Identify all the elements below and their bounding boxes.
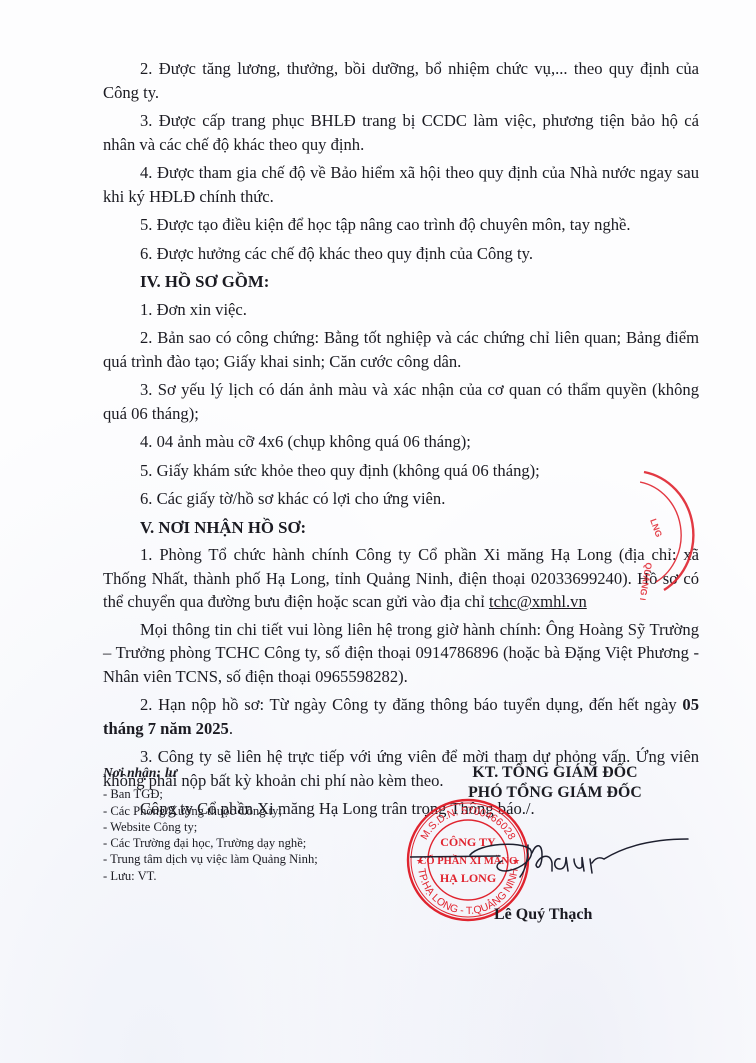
document-item: 1. Đơn xin việc.: [103, 298, 699, 322]
document-body: 2. Được tăng lương, thưởng, bồi dưỡng, b…: [103, 57, 699, 826]
handwritten-initial: lư: [165, 766, 177, 782]
submission-address: 1. Phòng Tổ chức hành chính Công ty Cổ p…: [103, 543, 699, 614]
signer-name: Lê Quý Thạch: [494, 906, 592, 924]
recipients-title: Nơi nhận:lư: [103, 765, 318, 782]
deadline-text: 2. Hạn nộp hồ sơ: Từ ngày Công ty đăng t…: [140, 695, 682, 714]
benefit-item: 2. Được tăng lương, thưởng, bồi dưỡng, b…: [103, 57, 699, 104]
benefit-item: 3. Được cấp trang phục BHLĐ trang bị CCD…: [103, 109, 699, 156]
section-heading-submission: V. NƠI NHẬN HỒ SƠ:: [103, 516, 699, 540]
email-link[interactable]: tchc@xmhl.vn: [489, 592, 587, 611]
recipient-item: - Website Công ty;: [103, 819, 318, 835]
benefit-item: 4. Được tham gia chế độ về Bảo hiểm xã h…: [103, 161, 699, 208]
recipient-item: - Trung tâm dịch vụ việc làm Quảng Ninh;: [103, 851, 318, 867]
submission-address-text: 1. Phòng Tổ chức hành chính Công ty Cổ p…: [103, 545, 699, 611]
handwritten-signature-icon: [410, 835, 690, 885]
recipients-title-text: Nơi nhận:: [103, 765, 161, 780]
svg-text:QUẢNG N: QUẢNG N: [640, 562, 655, 600]
document-item: 2. Bản sao có công chứng: Bằng tốt nghiệ…: [103, 326, 699, 373]
document-item: 5. Giấy khám sức khỏe theo quy định (khô…: [103, 459, 699, 483]
benefit-item: 5. Được tạo điều kiện để học tập nâng ca…: [103, 213, 699, 237]
recipient-item: - Các Phòng/Xưởng thuộc Công ty;: [103, 803, 318, 819]
document-item: 4. 04 ảnh màu cỡ 4x6 (chụp không quá 06 …: [103, 430, 699, 454]
document-item: 3. Sơ yếu lý lịch có dán ảnh màu và xác …: [103, 378, 699, 425]
recipient-item: - Lưu: VT.: [103, 868, 318, 884]
signature-block: KT. TỔNG GIÁM ĐỐC PHÓ TỔNG GIÁM ĐỐC: [440, 763, 670, 803]
partial-stamp-icon: LNG QUẢNG N: [640, 460, 710, 600]
recipient-item: - Các Trường đại học, Trường dạy nghề;: [103, 835, 318, 851]
benefit-item: 6. Được hưởng các chế độ khác theo quy đ…: [103, 242, 699, 266]
signature-title-1: KT. TỔNG GIÁM ĐỐC: [440, 763, 670, 783]
recipient-item: - Ban TGĐ;: [103, 786, 318, 802]
recipients-block: Nơi nhận:lư - Ban TGĐ; - Các Phòng/Xưởng…: [103, 765, 318, 884]
document-item: 6. Các giấy tờ/hồ sơ khác có lợi cho ứng…: [103, 487, 699, 511]
contact-info: Mọi thông tin chi tiết vui lòng liên hệ …: [103, 618, 699, 689]
deadline-end: .: [229, 719, 233, 738]
deadline: 2. Hạn nộp hồ sơ: Từ ngày Công ty đăng t…: [103, 693, 699, 740]
section-heading-documents: IV. HỒ SƠ GỒM:: [103, 270, 699, 294]
svg-text:LNG: LNG: [648, 517, 664, 538]
